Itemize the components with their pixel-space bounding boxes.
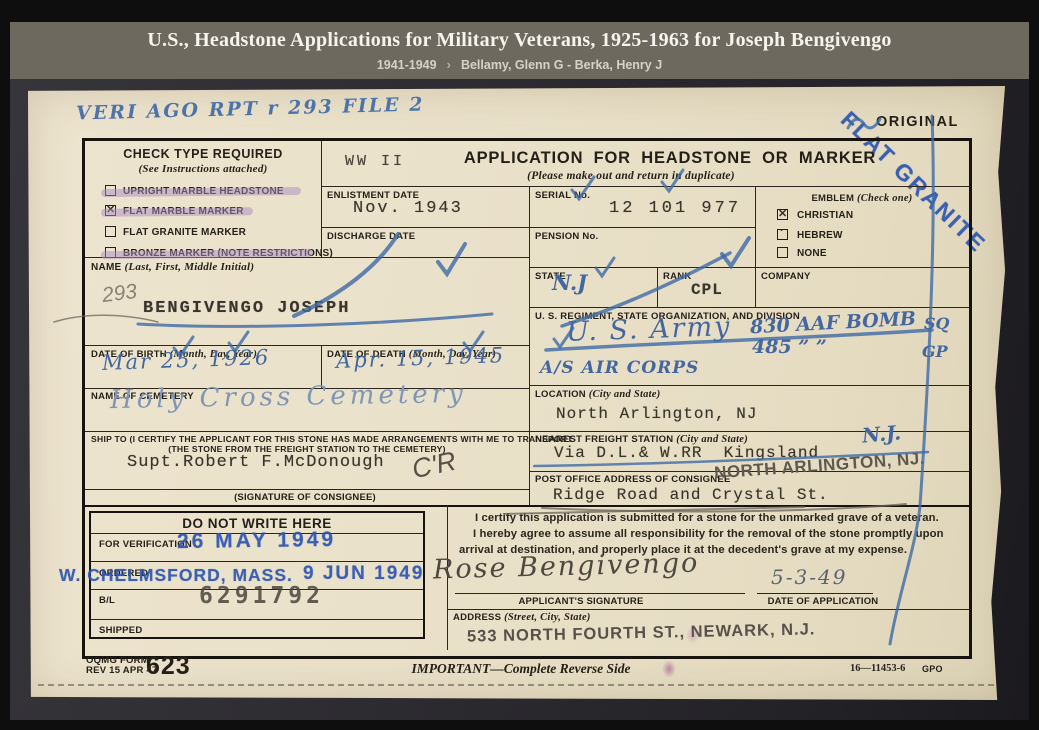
ship-to-label: SHIP TO (I CERTIFY THE APPLICANT FOR THI… <box>91 434 527 444</box>
verification-date-stamp: 26 MAY 1949 <box>177 528 336 554</box>
pension-no-label: PENSION No. <box>535 231 598 242</box>
gpo-mark: GPO <box>922 664 943 674</box>
ink-speck <box>662 660 676 678</box>
name-value: BENGIVENGO JOSEPH <box>143 299 350 318</box>
cemetery-handwriting: Holy Cross Cemetery <box>110 379 467 415</box>
applicant-signature-handwriting: Rose Bengivengo <box>433 548 700 586</box>
breadcrumb: 1941-1949›Bellamy, Glenn G - Berka, Henr… <box>10 57 1029 72</box>
rank-label: RANK <box>663 271 691 282</box>
state-handwriting: N.J <box>552 270 587 295</box>
check-type-title: CHECK TYPE REQUIRED <box>85 147 321 161</box>
faint-mark: · <box>780 226 784 237</box>
viewer-window: U.S., Headstone Applications for Militar… <box>0 0 1039 730</box>
check-mark: ✕ <box>778 209 787 220</box>
perforation-line <box>38 684 994 686</box>
discharge-date-label: DISCHARGE DATE <box>327 231 415 242</box>
certification-line1: I certify this application is submitted … <box>475 510 975 526</box>
po-address-label: POST OFFICE ADDRESS OF CONSIGNEE <box>535 474 731 485</box>
purple-strike <box>101 207 253 217</box>
form-subtitle: (Please make out and return in duplicate… <box>371 170 891 182</box>
print-code: 16—11453-6 <box>850 663 905 674</box>
consignee-signature-caption: (SIGNATURE OF CONSIGNEE) <box>215 492 395 503</box>
address-handwriting: 533 NORTH FOURTH ST., NEWARK, N.J. <box>467 620 816 646</box>
form-title: APPLICATION FOR HEADSTONE OR MARKER <box>371 149 969 168</box>
pencil-file-number: 293 <box>101 280 139 308</box>
form-number: 623 <box>146 652 191 681</box>
document-viewport[interactable]: VERI AGO RPT r 293 FILE 2 ORIGINAL FLAT … <box>10 79 1029 720</box>
ink-speck <box>686 626 700 644</box>
regiment-unit-bottom: 485 ” ” <box>752 336 827 358</box>
chevron-right-icon: › <box>447 57 451 72</box>
regiment-handwriting: U. S. Army <box>566 311 732 348</box>
applicant-signature-label: APPLICANT'S SIGNATURE <box>511 596 651 607</box>
location-value: North Arlington, NJ <box>556 405 757 423</box>
po-address-value: Ridge Road and Crystal St. <box>553 486 829 504</box>
original-copy-label: ORIGINAL <box>876 114 959 130</box>
bl-label: B/L <box>99 595 115 606</box>
ordered-date-stamp: 9 JUN 1949 <box>303 563 424 585</box>
checkbox <box>777 247 788 258</box>
breadcrumb-range[interactable]: 1941-1949 <box>377 58 437 72</box>
ship-to-value: Supt.Robert F.McDonough <box>127 453 385 472</box>
application-date-handwriting: 5-3-49 <box>771 565 847 589</box>
bl-number-stamp: 6291792 <box>199 583 324 609</box>
breadcrumb-volume[interactable]: Bellamy, Glenn G - Berka, Henry J <box>461 58 662 72</box>
enlistment-date-value: Nov. 1943 <box>353 199 463 218</box>
location-label: LOCATION (City and State) <box>535 389 660 400</box>
file-note-handwriting: VERI AGO RPT r 293 FILE 2 <box>76 93 425 124</box>
record-header: U.S., Headstone Applications for Militar… <box>10 22 1029 79</box>
regiment-branch: A/S AIR CORPS <box>540 358 699 378</box>
application-date-label: DATE OF APPLICATION <box>763 596 883 607</box>
company-label: COMPANY <box>761 271 811 282</box>
shipped-label: SHIPPED <box>99 625 142 636</box>
regiment-unit-bottom-right: GP <box>922 342 948 361</box>
freight-state-handwriting: N.J. <box>861 420 902 447</box>
emblem-hint: (Check one) <box>857 193 913 204</box>
important-note: IMPORTANT—Complete Reverse Side <box>401 661 641 677</box>
serial-no-value: 12 101 977 <box>609 199 741 218</box>
scanned-document: VERI AGO RPT r 293 FILE 2 ORIGINAL FLAT … <box>26 86 1008 700</box>
record-title: U.S., Headstone Applications for Militar… <box>10 22 1029 52</box>
regiment-unit-top-right: SQ <box>924 314 950 333</box>
rank-value: CPL <box>691 281 723 299</box>
address-label: ADDRESS (Street, City, State) <box>453 612 591 623</box>
emblem-label: EMBLEM (Check one) <box>755 193 969 204</box>
check-type-subtitle: (See Instructions attached) <box>85 163 321 175</box>
checkbox <box>105 226 116 237</box>
do-not-write-box: DO NOT WRITE HERE FOR VERIFICATION 26 MA… <box>89 511 425 639</box>
name-label: NAME (Last, First, Middle Initial) <box>91 261 254 273</box>
serial-no-label: SERIAL No. <box>535 190 590 201</box>
